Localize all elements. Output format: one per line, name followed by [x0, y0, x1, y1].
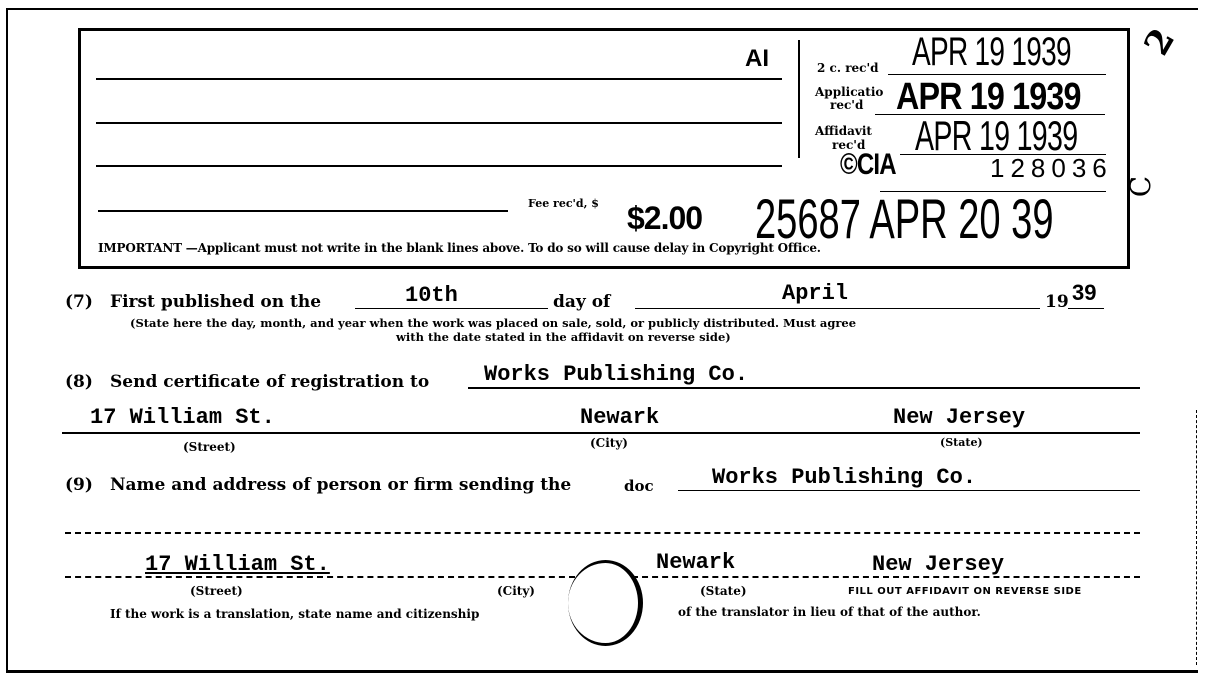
city-caption: (City)	[590, 436, 628, 450]
affidavit-label: Affidavit	[815, 125, 872, 137]
affidavit-reverse-note: FILL OUT AFFIDAVIT ON REVERSE SIDE	[848, 586, 1082, 597]
item8-number: (8)	[65, 372, 93, 392]
state-caption: (State)	[940, 436, 983, 449]
sender-name-field[interactable]: Works Publishing Co.	[712, 465, 976, 490]
sender-state-caption: (State)	[700, 584, 747, 598]
recipient-state-field[interactable]: New Jersey	[893, 405, 1025, 430]
fee-amount-stamp: $2.00	[627, 200, 702, 237]
registration-number-stamp: 128036	[990, 153, 1113, 184]
sender-name-line	[678, 490, 1140, 491]
item9-label: Name and address of person or firm sendi…	[110, 475, 571, 495]
class-mark-stamp: ©CIA	[840, 148, 896, 182]
recipient-name-field[interactable]: Works Publishing Co.	[484, 362, 748, 387]
stamp-divider	[798, 40, 800, 158]
month-field[interactable]: April	[782, 281, 848, 306]
application-label: Applicatio	[815, 86, 883, 98]
sender-city-field[interactable]: Newark	[656, 550, 735, 575]
punch-hole-mark	[568, 560, 643, 646]
year-prefix: 19	[1045, 292, 1069, 312]
recipient-address-line	[62, 432, 1140, 434]
recipient-street-field[interactable]: 17 William St.	[90, 405, 275, 430]
fee-received-label: Fee rec'd, $	[528, 197, 599, 210]
item7-number: (7)	[65, 292, 93, 312]
item7-label: First published on the	[110, 292, 321, 312]
item7-instruction-1: (State here the day, month, and year whe…	[130, 316, 856, 330]
blank-line-3	[96, 165, 782, 167]
item9-label-tail: doc	[624, 477, 654, 495]
sender-blank-line	[65, 532, 1140, 534]
sender-street-caption: (Street)	[190, 584, 243, 598]
item9-number: (9)	[65, 475, 93, 495]
translation-note-left: If the work is a translation, state name…	[110, 607, 479, 621]
blank-line-2	[96, 122, 782, 124]
sender-state-field[interactable]: New Jersey	[872, 552, 1004, 577]
sender-street-field[interactable]: 17 William St.	[145, 552, 330, 577]
month-field-line	[635, 308, 1040, 309]
recipient-name-line	[468, 387, 1140, 389]
blank-line-1	[96, 78, 782, 80]
margin-mark-c: C	[1124, 176, 1157, 197]
day-field[interactable]: 10th	[405, 283, 458, 308]
perforation-edge	[1196, 410, 1197, 665]
copies-line	[888, 74, 1106, 75]
important-notice: IMPORTANT —Applicant must not write in t…	[98, 241, 821, 255]
class-code: AI	[745, 45, 769, 73]
sender-address-line-left	[65, 576, 575, 578]
blank-line-4	[98, 210, 508, 212]
translation-note-right: of the translator in lieu of that of the…	[678, 605, 981, 619]
item8-label: Send certificate of registration to	[110, 372, 429, 392]
item7-day-of: day of	[553, 292, 610, 312]
copies-received-stamp: APR 19 1939	[912, 30, 1071, 75]
day-field-line	[355, 308, 548, 309]
recipient-city-field[interactable]: Newark	[580, 405, 659, 430]
street-caption: (Street)	[183, 440, 236, 454]
sender-address-line-right	[632, 576, 1140, 578]
application-label-2: rec'd	[830, 99, 863, 111]
year-field-line	[1068, 308, 1104, 309]
item7-instruction-2: with the date stated in the affidavit on…	[396, 330, 731, 344]
sender-city-caption: (City)	[497, 584, 535, 598]
year-field[interactable]: 39	[1072, 280, 1096, 306]
copies-received-label: 2 c. rec'd	[817, 62, 879, 74]
